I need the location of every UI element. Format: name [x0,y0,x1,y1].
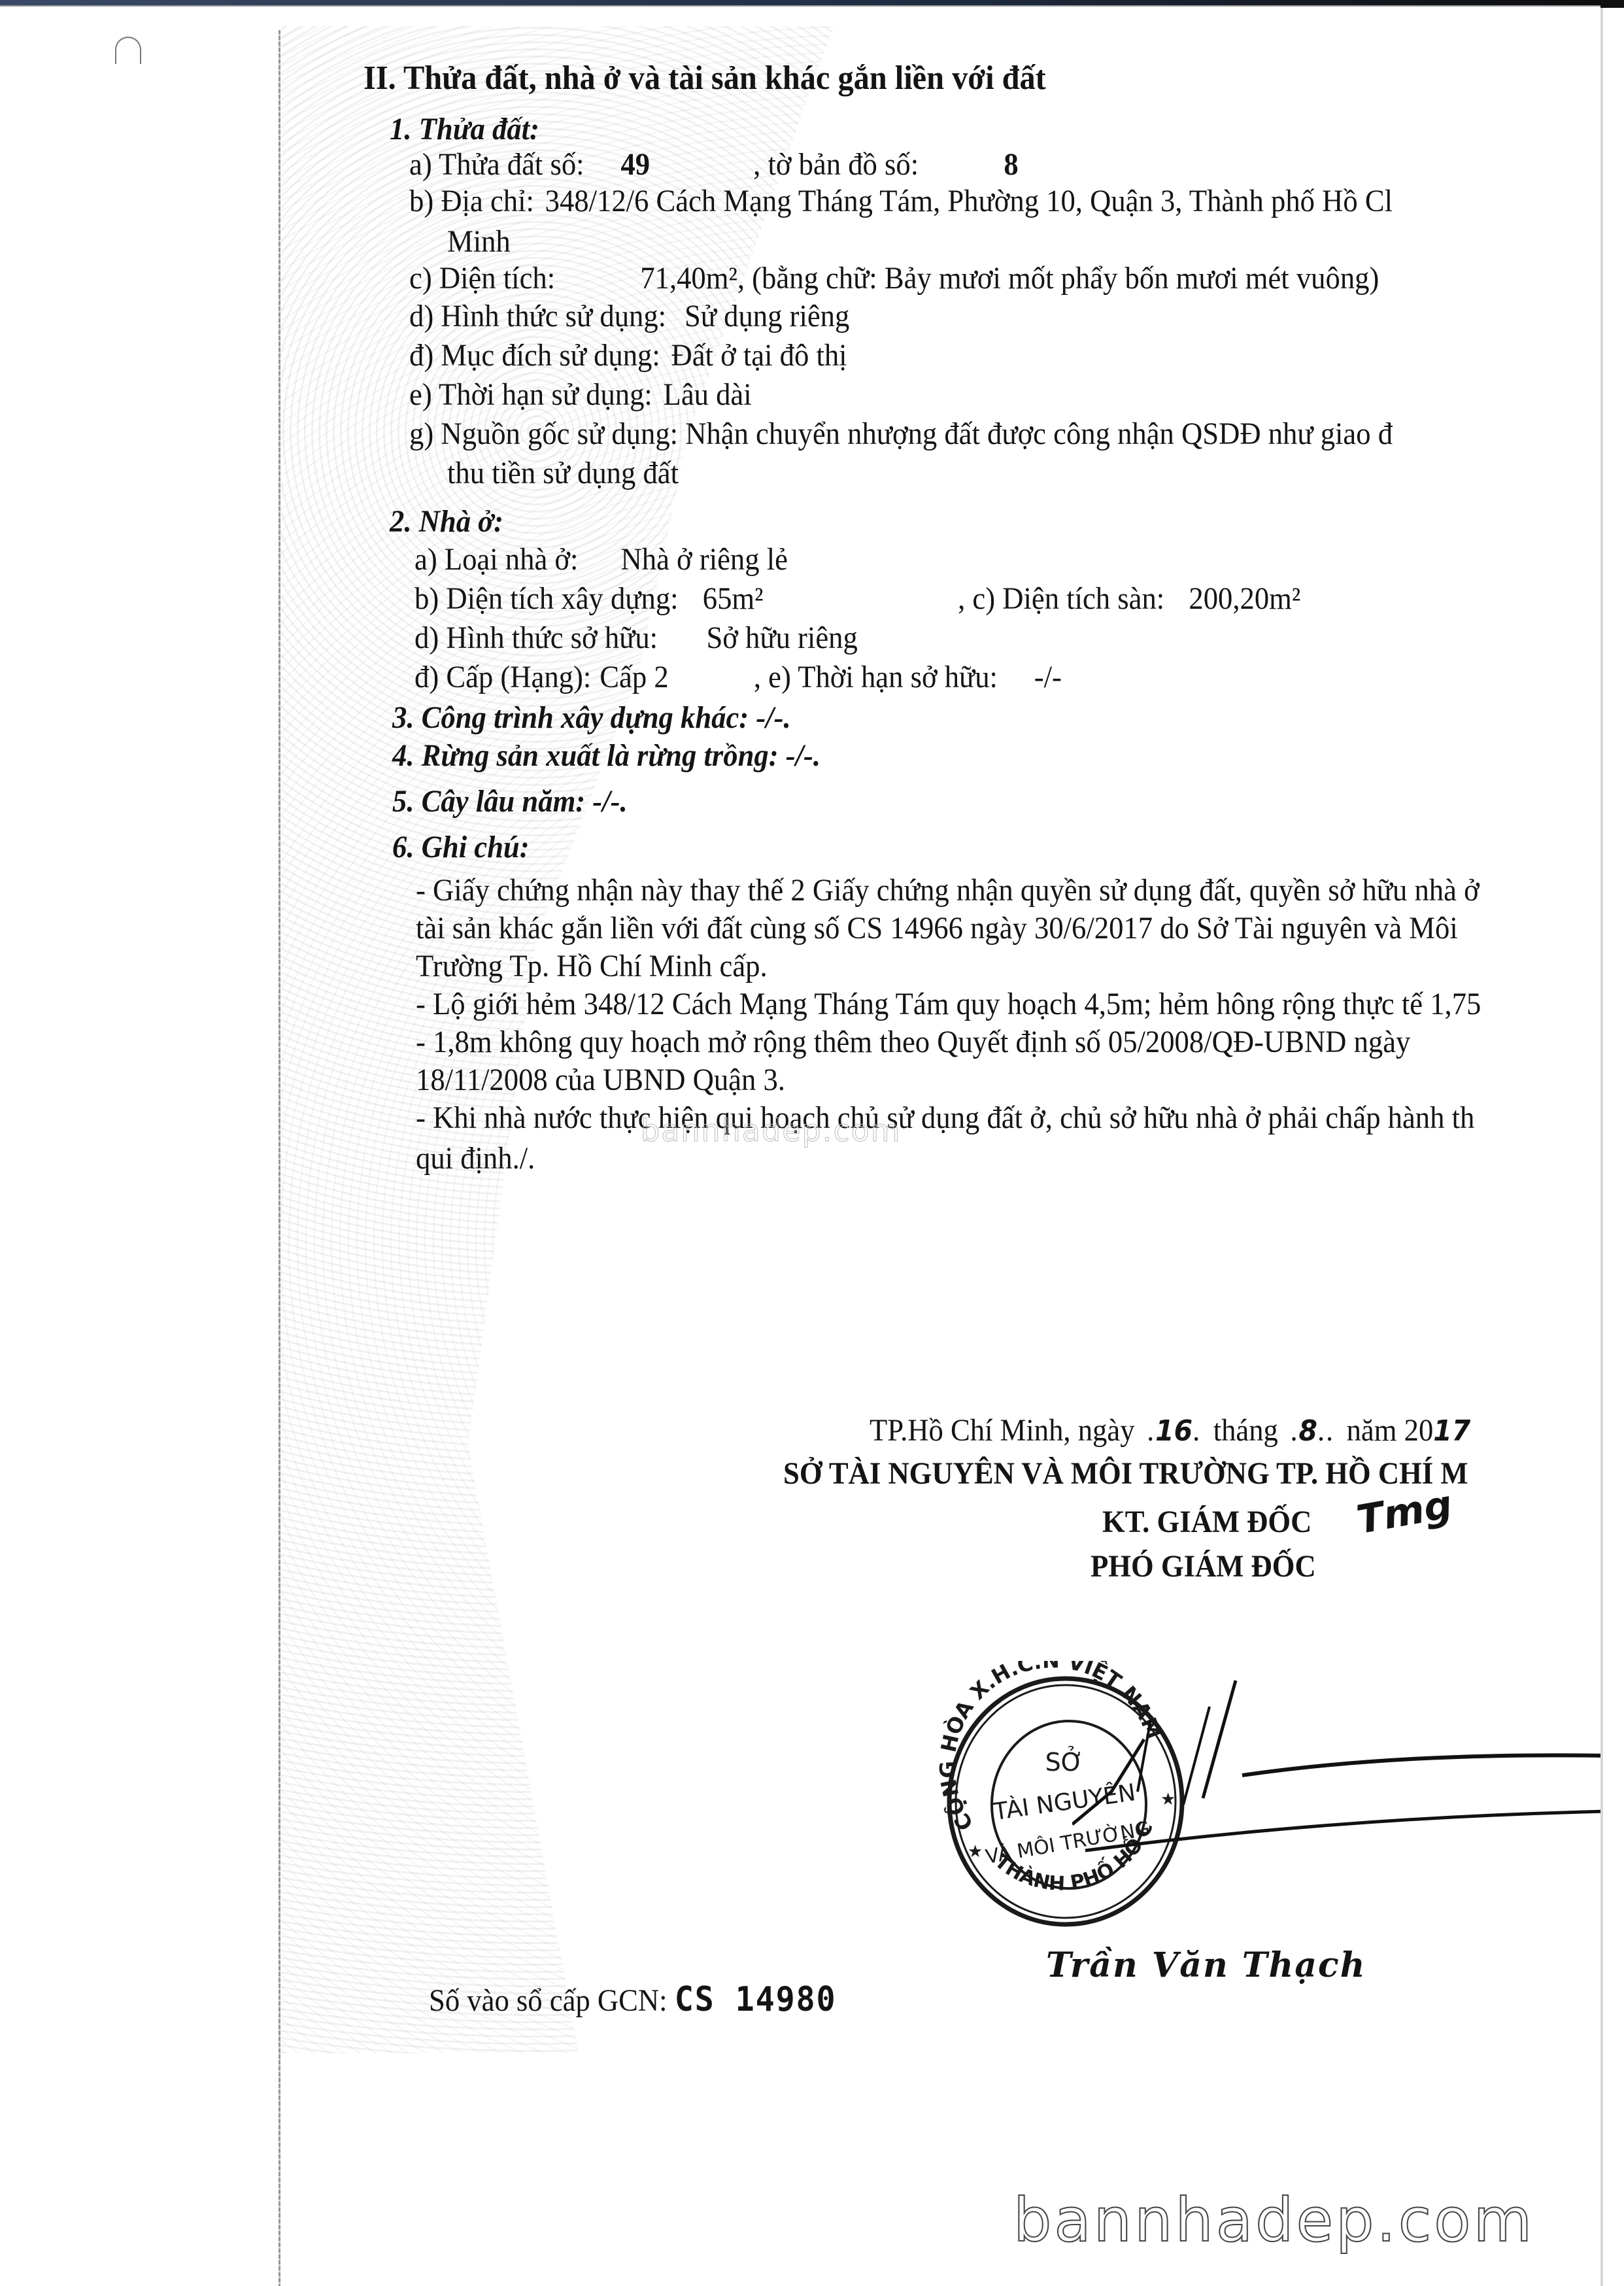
signer-title: PHÓ GIÁM ĐỐC [1091,1548,1316,1585]
faint-watermark: bannhadep.com [641,1113,902,1148]
year-label: năm 20 [1347,1413,1434,1448]
land-heading: 1. Thửa đất: [390,111,539,148]
floor-area-value: 200,20m² [1189,581,1300,616]
issuing-agency: SỞ TÀI NGUYÊN VÀ MÔI TRƯỜNG TP. HỒ CHÍ M [783,1456,1468,1492]
address-value: 348/12/6 Cách Mạng Tháng Tám, Phường 10,… [545,184,1393,218]
note-line: - 1,8m không quy hoạch mở rộng thêm theo… [416,1024,1410,1061]
term-value: Lâu dài [664,377,752,412]
area-row: c) Diện tích:71,40m², (bằng chữ: Bảy mươ… [409,260,1379,297]
certificate-page: II. Thửa đất, nhà ở và tài sản khác gắn … [0,0,1600,2286]
area-label: c) Diện tích: [409,261,555,296]
own-term-value: -/- [1034,660,1062,694]
registry-number: CS 14980 [675,1980,837,2019]
address-label: b) Địa chỉ: [409,184,534,218]
own-term-label: , e) Thời hạn sở hữu: [754,660,998,694]
other-construction: 3. Công trình xây dựng khác: -/-. [392,700,791,736]
house-type-label: a) Loại nhà ở: [414,542,578,577]
note-line: qui định./. [416,1140,535,1177]
scan-corner [1600,0,1624,8]
ownership-row: d) Hình thức sở hữu:Sở hữu riêng [414,620,858,657]
purpose-label: đ) Mục đích sử dụng: [409,338,660,373]
area-value: 71,40m², (bằng chữ: Bảy mươi mốt phẩy bố… [640,261,1379,296]
note-line: - Lộ giới hẻm 348/12 Cách Mạng Tháng Tám… [416,986,1481,1023]
site-watermark: bannhadep.com [1013,2185,1534,2255]
purpose-row: đ) Mục đích sử dụng:Đất ở tại đô thị [409,337,847,374]
term-label: e) Thời hạn sử dụng: [409,377,652,412]
house-type-row: a) Loại nhà ở:Nhà ở riêng lẻ [414,541,788,578]
note-line: 18/11/2008 của UBND Quận 3. [416,1062,785,1099]
section-title: II. Thửa đất, nhà ở và tài sản khác gắn … [364,60,1046,97]
map-sheet-number: 8 [1004,147,1018,182]
note-line: tài sản khác gắn liền với đất cùng số CS… [416,910,1458,947]
on-behalf-title: KT. GIÁM ĐỐC [1102,1504,1311,1541]
build-area-value: 65m² [703,581,764,616]
purpose-value: Đất ở tại đô thị [671,338,847,373]
ownership-label: d) Hình thức sở hữu: [414,621,658,655]
notes-heading: 6. Ghi chú: [392,829,530,866]
note-line: - Giấy chứng nhận này thay thế 2 Giấy ch… [416,872,1480,909]
house-type-value: Nhà ở riêng lẻ [621,542,788,577]
perennial-trees: 5. Cây lâu năm: -/-. [392,783,628,820]
issue-month: 8 [1298,1414,1317,1448]
address-row: b) Địa chỉ:348/12/6 Cách Mạng Tháng Tám,… [409,183,1393,220]
parcel-label: a) Thửa đất số: [409,147,584,182]
origin-value: Nhận chuyển nhượng đất được công nhận QS… [685,417,1393,451]
origin-continued: thu tiền sử dụng đất [447,455,679,492]
build-area-label: b) Diện tích xây dựng: [414,581,679,616]
svg-text:★: ★ [968,1842,983,1861]
origin-label: g) Nguồn gốc sử dụng: [409,417,678,451]
issue-date-row: TP.Hồ Chí Minh, ngày.16.tháng.8..năm 201… [870,1412,1470,1450]
parcel-row: a) Thửa đất số:49, tờ bản đồ số:8 [409,146,1019,183]
origin-row: g) Nguồn gốc sử dụng:Nhận chuyển nhượng … [409,416,1393,452]
parcel-number: 49 [620,147,650,182]
map-sheet-label: , tờ bản đồ số: [753,147,919,182]
month-label: tháng [1213,1413,1278,1448]
registry-row: Số vào sổ cấp GCN:CS 14980 [429,1981,836,2019]
floor-area-label: , c) Diện tích sàn: [958,581,1164,616]
house-heading: 2. Nhà ở: [390,503,503,540]
place-prefix: TP.Hồ Chí Minh, ngày [870,1413,1135,1448]
issue-day: 16 [1155,1414,1193,1448]
note-line: - Khi nhà nước thực hiện qui hoạch chủ s… [416,1100,1474,1136]
use-form-label: d) Hình thức sử dụng: [409,299,666,333]
grade-value: Cấp 2 [600,660,668,694]
use-form-row: d) Hình thức sử dụng:Sử dụng riêng [409,298,849,335]
term-row: e) Thời hạn sử dụng:Lâu dài [409,377,752,413]
grade-row: đ) Cấp (Hạng):Cấp 2, e) Thời hạn sở hữu:… [414,659,1062,696]
ownership-value: Sở hữu riêng [706,621,857,655]
page-right-edge [1600,0,1603,2286]
house-area-row: b) Diện tích xây dựng:65m², c) Diện tích… [414,581,1300,617]
address-continued: Minh [447,224,511,260]
signature-icon [1072,1661,1600,1870]
registry-label: Số vào sổ cấp GCN: [429,1983,668,2018]
use-form-value: Sử dụng riêng [685,299,849,333]
issue-year-suffix: 17 [1433,1414,1470,1448]
production-forest: 4. Rừng sản xuất là rừng trồng: -/-. [392,738,820,774]
signer-name: Trần Văn Thạch [1046,1945,1366,1985]
grade-label: đ) Cấp (Hạng): [414,660,591,694]
note-line: Trường Tp. Hồ Chí Minh cấp. [416,948,768,985]
